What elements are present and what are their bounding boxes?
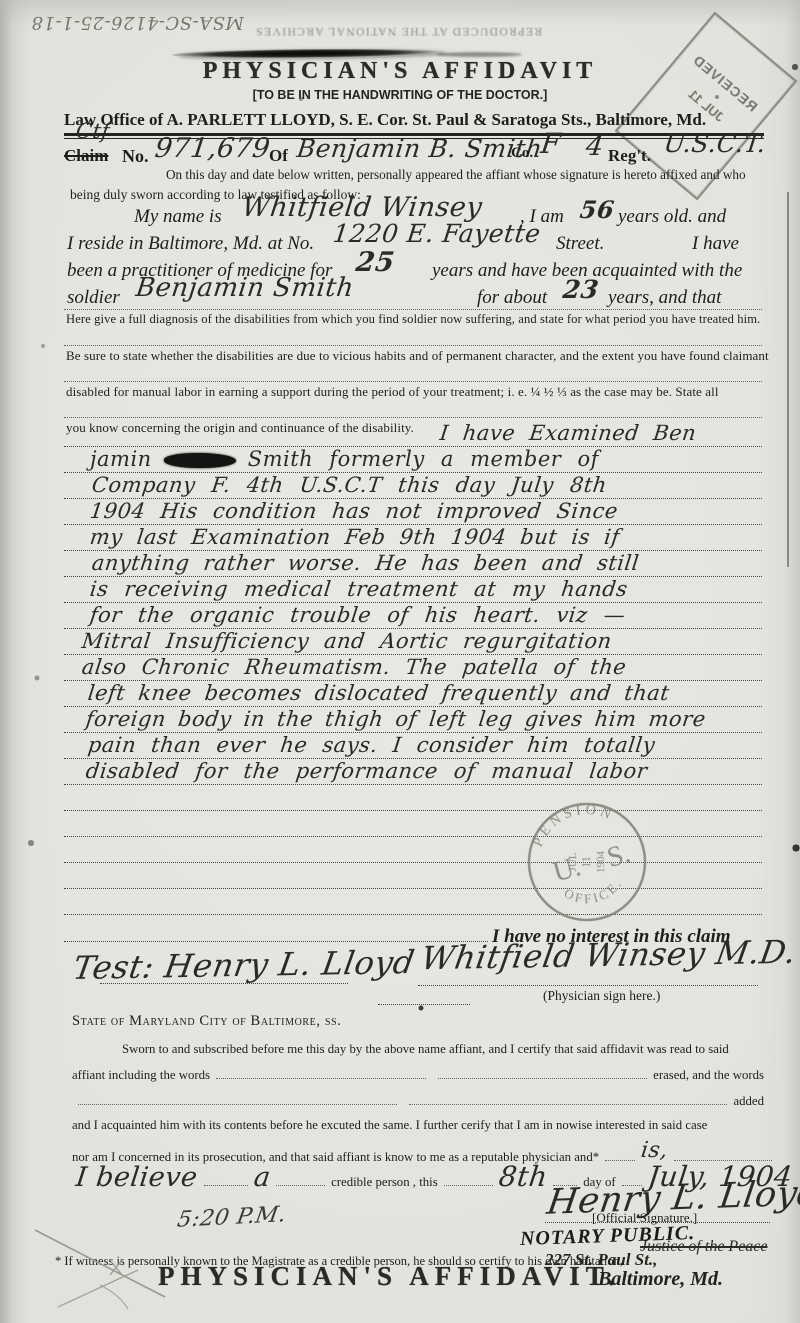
blank-fill [216, 1066, 426, 1079]
claim-correction: Ctf [75, 119, 112, 143]
diagnosis-line: pain than ever he says. I consider him t… [87, 733, 657, 757]
diagnosis-line: is receiving medical treatment at my han… [89, 577, 630, 601]
co-label: Co. [511, 145, 533, 162]
sworn-line-3-post: added [733, 1094, 764, 1109]
instruction-rule [64, 309, 762, 310]
diagnosis-line: my last Examination Feb 9th 1904 but is … [89, 525, 622, 549]
pension-stamp-date-day: 11 [579, 856, 593, 868]
company-value: F [539, 127, 563, 160]
diagnosis-line: 1904 His condition has not improved Sinc… [89, 499, 620, 523]
practice-years-value: 25 [354, 247, 396, 278]
sworn-line-2: affiant including the words erased, and … [72, 1066, 764, 1083]
instruction-2: Be sure to state whether the disabilitie… [66, 348, 769, 364]
ink-blot [164, 453, 236, 468]
witness-signature: Test: Henry L. Lloyd [70, 943, 417, 987]
physician-signature-line [418, 985, 758, 986]
pension-stamp-date-month: JUL [567, 852, 579, 871]
stmt-my-name-is: My name is [134, 206, 222, 228]
stmt-i-have: I have [692, 233, 739, 255]
age-value: 56 [578, 195, 616, 224]
claim-no-label: No. [122, 146, 149, 167]
claim-number: 971,679 [153, 133, 272, 164]
dust-specks [0, 0, 2, 2]
hw-a: a [252, 1162, 272, 1193]
hw-day-value: 8th [497, 1160, 550, 1193]
pension-stamp-s: S. [604, 838, 634, 874]
msa-archive-number: MSA-SC-4126-25-1-18 [30, 12, 245, 33]
address-value: 1220 E. Fayette [331, 219, 542, 248]
blank-fill [78, 1092, 397, 1105]
acquainted-years-value: 23 [561, 275, 600, 304]
diagnosis-line: I have Examined Ben [439, 421, 698, 445]
instruction-rule [64, 417, 762, 418]
writing-line [64, 862, 762, 863]
physician-signature: Whitfield Winsey M.D. [418, 933, 799, 978]
diagnosis-word: jamin [90, 447, 152, 471]
scan-edge-line [787, 192, 789, 567]
blank-fill [409, 1092, 728, 1105]
footer-city-stamp: Baltimore, Md. [598, 1268, 723, 1291]
instruction-4: you know concerning the origin and conti… [66, 420, 414, 436]
writing-line [64, 836, 762, 837]
diagnosis-line: foreign body in the thigh of left leg gi… [85, 707, 708, 731]
short-dotted-mark [378, 1004, 470, 1005]
diagnosis-line: disabled for the performance of manual l… [85, 759, 649, 783]
diagnosis-word: Smith formerly a member of [248, 447, 599, 471]
stmt-soldier-label: soldier [67, 287, 120, 309]
blank-fill [276, 1173, 325, 1186]
diagnosis-line: also Chronic Rheumatism. The patella of … [81, 655, 628, 679]
sworn-line-4: and I acquainted him with its contents b… [72, 1118, 707, 1133]
stmt-street: Street. [556, 233, 604, 255]
regiment-number: 4 [584, 131, 605, 162]
stmt-reside: I reside in Baltimore, Md. at No. [67, 233, 314, 255]
state-county-line: State of Maryland City of Baltimore, ss. [72, 1013, 341, 1030]
sworn-line-2-post: erased, and the words [653, 1068, 764, 1083]
instruction-1: Here give a full diagnosis of the disabi… [66, 312, 760, 327]
soldier-name-value: Benjamin Smith [134, 273, 355, 303]
instruction-rule [64, 381, 762, 382]
credible-person-label: credible person , this [331, 1175, 438, 1190]
scanned-affidavit-document: MSA-SC-4126-25-1-18 REPRODUCED AT THE NA… [0, 0, 800, 1323]
stmt-years-old: years old. and [618, 206, 726, 228]
pencil-scratch-marks [10, 1175, 240, 1320]
diagnosis-line: Mitral Insufficiency and Aortic regurgit… [81, 629, 614, 653]
instruction-rule [64, 345, 762, 346]
diagnosis-line: for the organic trouble of his heart. vi… [89, 603, 627, 627]
law-office-line: Law Office of A. PARLETT LLOYD, S. E. Co… [64, 110, 774, 130]
page-subtitle: [TO BE IN THE HANDWRITING OF THE DOCTOR.… [0, 88, 800, 102]
of-label: Of [269, 146, 288, 166]
diagnosis-line: anything rather worse. He has been and s… [91, 551, 641, 575]
regt-label: Reg't. [608, 146, 651, 166]
sworn-line-3: added [72, 1092, 764, 1109]
witness-signature-line [100, 983, 348, 984]
writing-line [64, 914, 762, 915]
physician-sign-here-label: (Physician sign here.) [543, 988, 660, 1004]
blank-fill [444, 1173, 493, 1186]
diagnosis-line: jaminSmith formerly a member of [90, 447, 599, 472]
stmt-years-and-that: years, and that [608, 287, 721, 309]
intro-line-1: On this day and date below written, pers… [166, 167, 746, 183]
writing-line [64, 784, 762, 785]
national-archives-stamp: REPRODUCED AT THE NATIONAL ARCHIVES [246, 25, 551, 37]
writing-line [64, 810, 762, 811]
claim-soldier-name: Benjamin B. Smith [295, 134, 544, 163]
pension-stamp-date-year: 1904 [595, 851, 607, 874]
diagnosis-line: Company F. 4th U.S.C.T this day July 8th [91, 473, 609, 497]
blank-fill [438, 1066, 648, 1079]
regiment-value: U.S.C.T. [662, 129, 768, 158]
stmt-for-about: for about [477, 287, 547, 309]
claim-label: Claim [64, 146, 108, 166]
ink-smear-tail [436, 52, 522, 57]
pension-office-stamp: PENSION OFFICE. U. S. JUL 11 1904 [507, 782, 666, 941]
sworn-line-1: Sworn to and subscribed before me this d… [122, 1042, 729, 1057]
page-title: PHYSICIAN'S AFFIDAVIT [0, 58, 800, 85]
sworn-line-2-pre: affiant including the words [72, 1068, 210, 1083]
instruction-3: disabled for manual labor in earning a s… [66, 384, 719, 400]
diagnosis-line: left knee becomes dislocated frequently … [87, 681, 671, 705]
